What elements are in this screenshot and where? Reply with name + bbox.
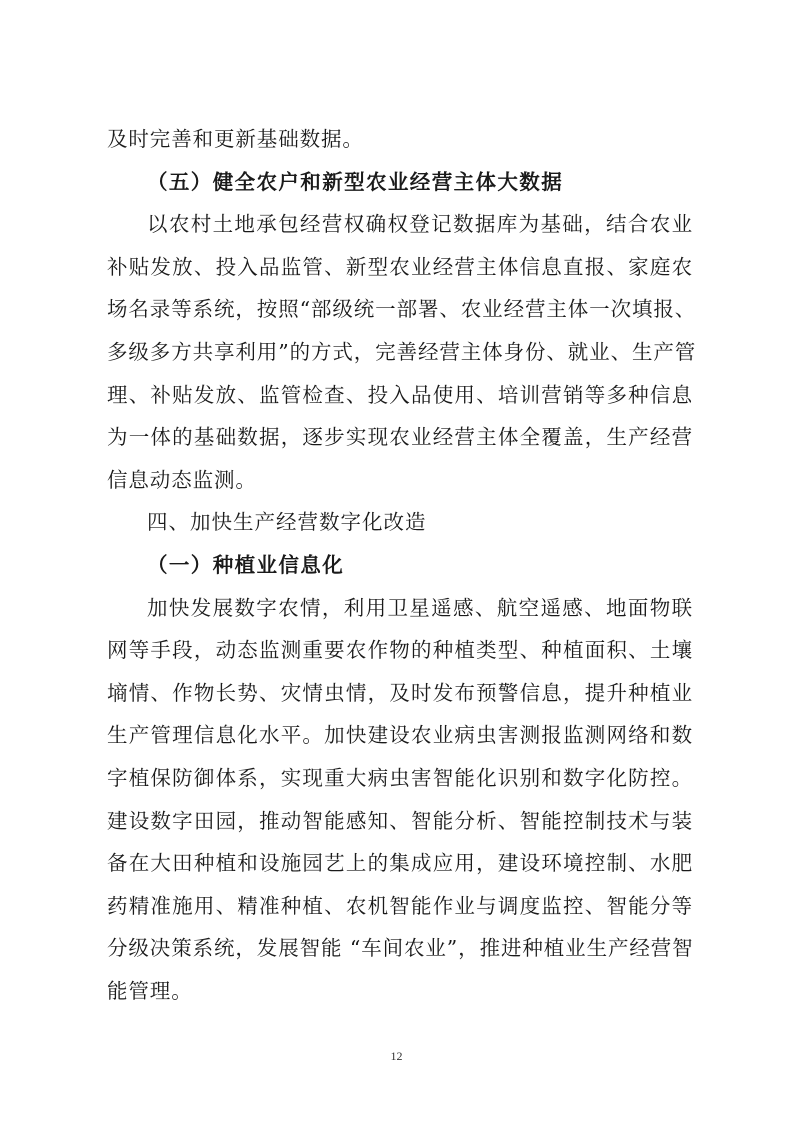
paragraph-line: 理、补贴发放、监管检查、投入品使用、培训营销等多种信息 <box>107 374 693 417</box>
document-page: 及时完善和更新基础数据。 （五）健全农户和新型农业经营主体大数据 以农村土地承包… <box>107 118 693 1012</box>
paragraph-line: 加快发展数字农情，利用卫星遥感、航空遥感、地面物联 <box>107 587 693 630</box>
paragraph-line: 备在大田种植和设施园艺上的集成应用，建设环境控制、水肥 <box>107 842 693 885</box>
paragraph-line: 生产管理信息化水平。加快建设农业病虫害测报监测网络和数 <box>107 714 693 757</box>
subheading-five: （五）健全农户和新型农业经营主体大数据 <box>107 161 693 204</box>
paragraph-line: 信息动态监测。 <box>107 459 693 502</box>
paragraph-line: 字植保防御体系，实现重大病虫害智能化识别和数字化防控。 <box>107 757 693 800</box>
paragraph-line: 场名录等系统，按照“部级统一部署、农业经营主体一次填报、 <box>107 288 693 331</box>
paragraph-line: 以农村土地承包经营权确权登记数据库为基础，结合农业 <box>107 203 693 246</box>
paragraph-planting: 加快发展数字农情，利用卫星遥感、航空遥感、地面物联 网等手段，动态监测重要农作物… <box>107 587 693 1013</box>
paragraph-farmer-data: 以农村土地承包经营权确权登记数据库为基础，结合农业 补贴发放、投入品监管、新型农… <box>107 203 693 501</box>
paragraph-line: 建设数字田园，推动智能感知、智能分析、智能控制技术与装 <box>107 800 693 843</box>
subheading-one: （一）种植业信息化 <box>107 544 693 587</box>
paragraph-line: 能管理。 <box>107 970 693 1013</box>
paragraph-line: 多级多方共享利用”的方式，完善经营主体身份、就业、生产管 <box>107 331 693 374</box>
section-heading-four: 四、加快生产经营数字化改造 <box>107 501 693 544</box>
paragraph-continuation: 及时完善和更新基础数据。 <box>107 118 693 161</box>
paragraph-line: 药精准施用、精准种植、农机智能作业与调度监控、智能分等 <box>107 885 693 928</box>
paragraph-line: 为一体的基础数据，逐步实现农业经营主体全覆盖，生产经营 <box>107 416 693 459</box>
page-number: 12 <box>0 1049 793 1064</box>
paragraph-line: 墒情、作物长势、灾情虫情，及时发布预警信息，提升种植业 <box>107 672 693 715</box>
paragraph-line: 分级决策系统，发展智能 “车间农业”，推进种植业生产经营智 <box>107 927 693 970</box>
paragraph-line: 网等手段，动态监测重要农作物的种植类型、种植面积、土壤 <box>107 629 693 672</box>
paragraph-line: 补贴发放、投入品监管、新型农业经营主体信息直报、家庭农 <box>107 246 693 289</box>
